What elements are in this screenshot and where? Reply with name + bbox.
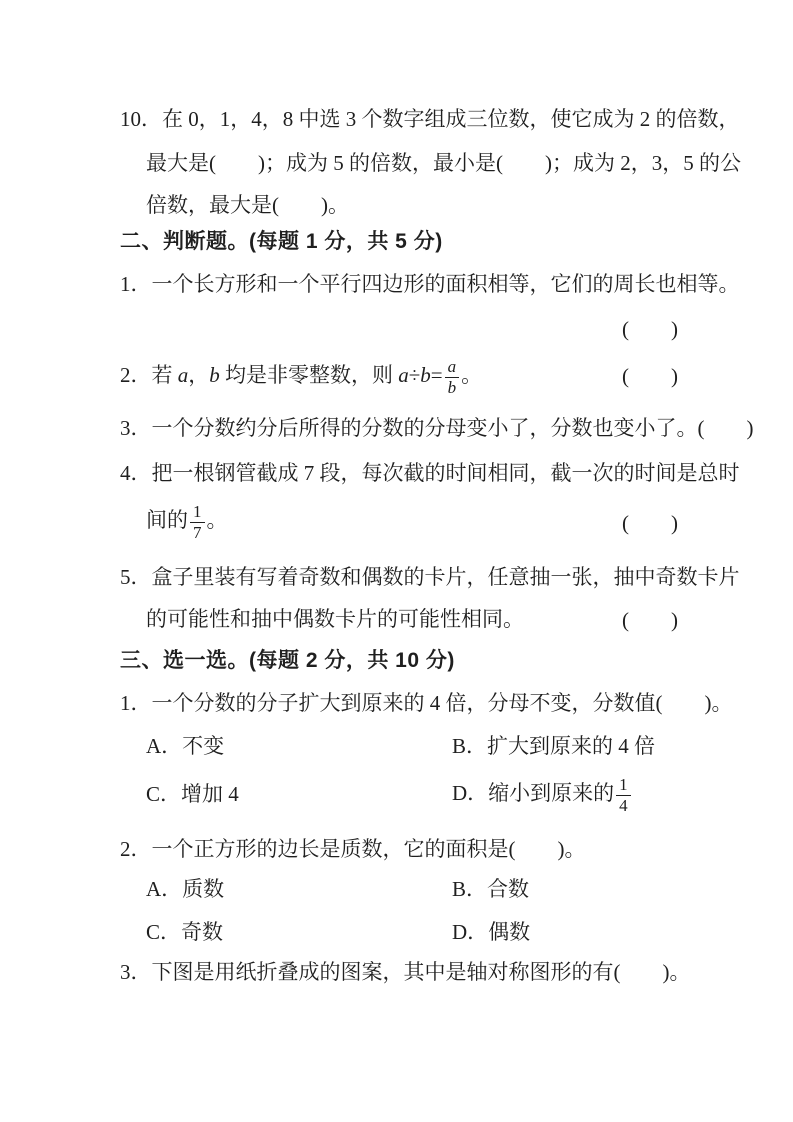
choice-q1-option-d-text: D．缩小到原来的 xyxy=(452,781,614,805)
judge-q3-text: 3．一个分数约分后所得的分数的分母变小了，分数也变小了。( ) xyxy=(120,413,753,443)
judge-q4-answer-blank: ( ) xyxy=(622,508,678,538)
question-10-line-1: 10．在 0，1，4，8 中选 3 个数字组成三位数，使它成为 2 的倍数， xyxy=(120,104,740,134)
fraction-denominator: b xyxy=(445,378,460,397)
fraction-a-over-b: ab xyxy=(445,358,460,397)
choice-q1-option-d: D．缩小到原来的14 xyxy=(452,776,633,815)
equals-sign: = xyxy=(431,363,443,387)
variable-a: a xyxy=(178,363,189,387)
section-3-title: 三、选一选。(每题 2 分，共 10 分) xyxy=(120,646,455,676)
judge-q4-line-2: 间的17。 xyxy=(146,503,228,542)
choice-q3-text: 3．下图是用纸折叠成的图案，其中是轴对称图形的有( )。 xyxy=(120,957,690,987)
fraction-denominator: 7 xyxy=(190,523,205,542)
section-2-title: 二、判断题。(每题 1 分，共 5 分) xyxy=(120,227,443,257)
fraction-numerator: 1 xyxy=(616,776,631,796)
question-10-line-2: 最大是( )；成为 5 的倍数，最小是( )；成为 2，3，5 的公 xyxy=(146,148,741,178)
fraction-numerator: a xyxy=(445,358,460,378)
judge-q2-period: 。 xyxy=(461,363,482,387)
judge-q5-answer-blank: ( ) xyxy=(622,605,678,635)
judge-q5-line-1: 5．盒子里装有写着奇数和偶数的卡片，任意抽一张，抽中奇数卡片 xyxy=(120,562,740,592)
fraction-1-over-7: 17 xyxy=(190,503,205,542)
variable-b: b xyxy=(209,363,220,387)
choice-q1-option-b: B．扩大到原来的 4 倍 xyxy=(452,731,655,761)
judge-q5-line-2: 的可能性和抽中偶数卡片的可能性相同。 xyxy=(146,604,524,634)
judge-q4-period: 。 xyxy=(207,508,228,532)
fraction-denominator: 4 xyxy=(616,796,631,815)
choice-q2-text: 2．一个正方形的边长是质数，它的面积是( )。 xyxy=(120,834,586,864)
choice-q2-option-a: A．质数 xyxy=(146,874,224,904)
judge-q2-text: 2．若 a，b 均是非零整数，则 a÷b=ab。 xyxy=(120,358,482,397)
choice-q2-option-c: C．奇数 xyxy=(146,917,223,947)
choice-q2-option-d: D．偶数 xyxy=(452,917,530,947)
choice-q2-option-b: B．合数 xyxy=(452,874,529,904)
judge-q2-part2: ， xyxy=(188,363,209,387)
variable-b: b xyxy=(420,363,431,387)
choice-q1-text: 1．一个分数的分子扩大到原来的 4 倍，分母不变，分数值( )。 xyxy=(120,688,732,718)
fraction-numerator: 1 xyxy=(190,503,205,523)
choice-q1-option-a: A．不变 xyxy=(146,731,224,761)
worksheet-page: 10．在 0，1，4，8 中选 3 个数字组成三位数，使它成为 2 的倍数， 最… xyxy=(0,0,793,1122)
judge-q2-part1: 2．若 xyxy=(120,363,178,387)
judge-q4-line2-prefix: 间的 xyxy=(146,508,188,532)
variable-a: a xyxy=(398,363,409,387)
judge-q2-part3: 均是非零整数，则 xyxy=(220,363,399,387)
choice-q1-option-c: C．增加 4 xyxy=(146,779,239,809)
question-10-line-3: 倍数，最大是( )。 xyxy=(146,190,349,220)
judge-q2-answer-blank: ( ) xyxy=(622,361,678,391)
judge-q4-line-1: 4．把一根钢管截成 7 段，每次截的时间相同，截一次的时间是总时 xyxy=(120,458,740,488)
judge-q1-text: 1．一个长方形和一个平行四边形的面积相等，它们的周长也相等。 xyxy=(120,269,740,299)
fraction-1-over-4: 14 xyxy=(616,776,631,815)
judge-q1-answer-blank: ( ) xyxy=(622,314,678,344)
divide-sign: ÷ xyxy=(409,363,421,387)
